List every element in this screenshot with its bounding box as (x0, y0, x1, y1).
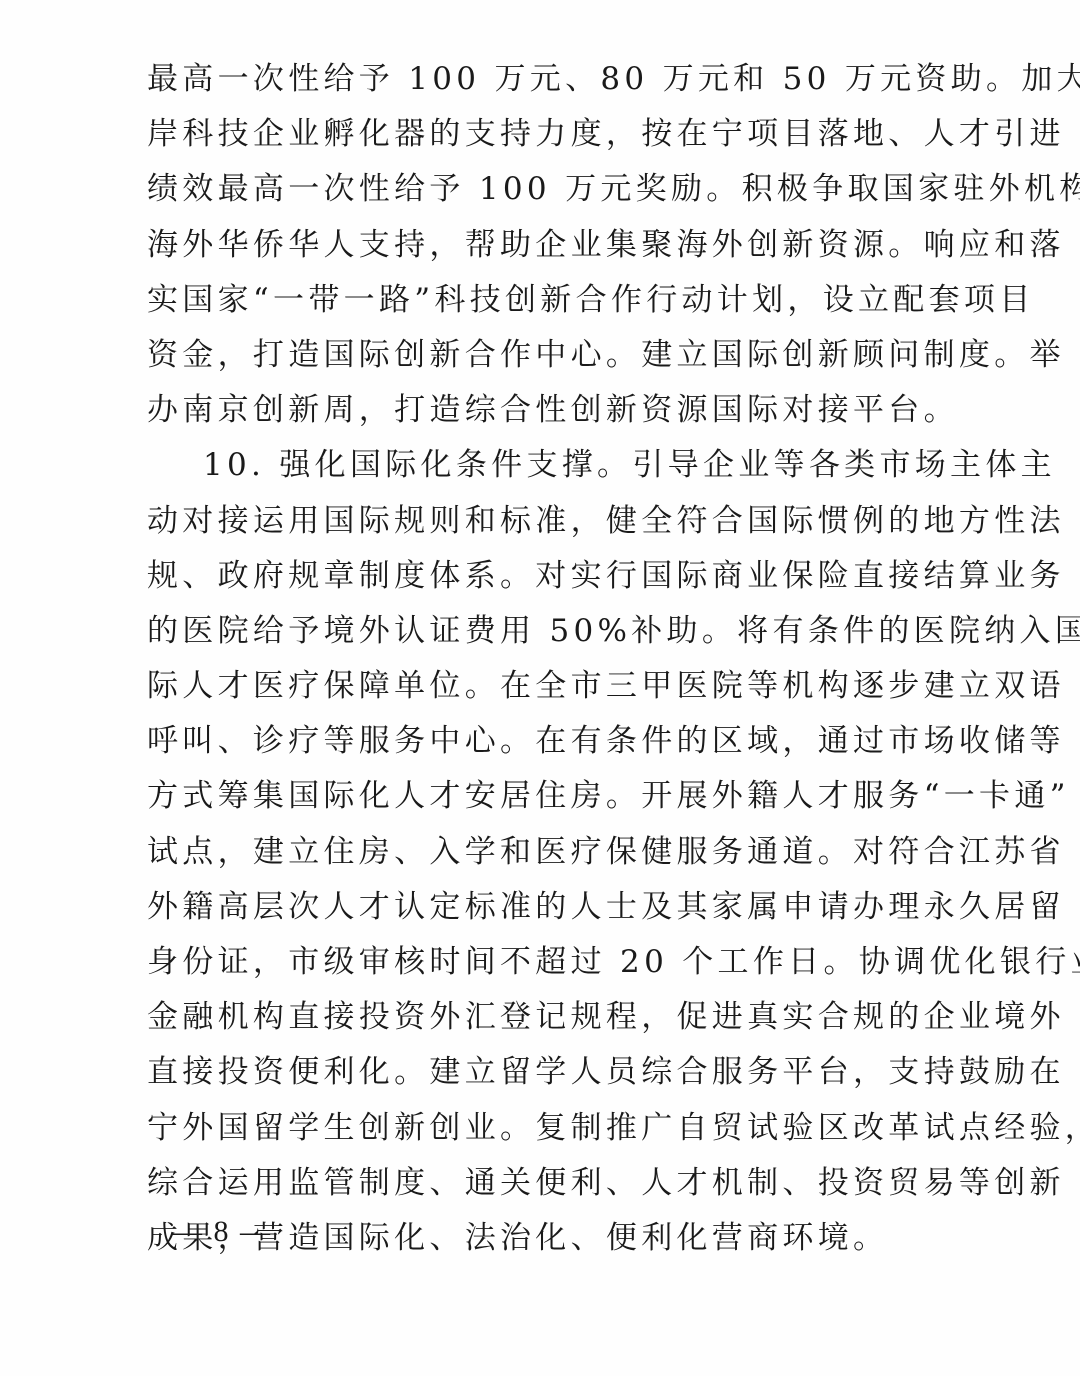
text-line: 直接投资便利化。建立留学人员综合服务平台，支持鼓励在 (147, 1045, 943, 1100)
text-line: 海外华侨华人支持，帮助企业集聚海外创新资源。响应和落 (147, 218, 943, 273)
text-line: 金融机构直接投资外汇登记规程，促进真实合规的企业境外 (147, 990, 943, 1045)
paragraph-continuation: 最高一次性给予 100 万元、80 万元和 50 万元资助。加大离 岸科技企业孵… (147, 52, 947, 438)
text-line: 宁外国留学生创新创业。复制推广自贸试验区改革试点经验， (147, 1101, 943, 1156)
text-line: 外籍高层次人才认定标准的人士及其家属申请办理永久居留 (147, 880, 943, 935)
text-line: 际人才医疗保障单位。在全市三甲医院等机构逐步建立双语 (147, 659, 943, 714)
paragraph-heading-line: 10. 强化国际化条件支撑。引导企业等各类市场主体主 (147, 438, 943, 493)
document-body: 最高一次性给予 100 万元、80 万元和 50 万元资助。加大离 岸科技企业孵… (147, 52, 947, 1266)
text-line: 实国家“一带一路”科技创新合作行动计划，设立配套项目 (147, 273, 943, 328)
text-line: 绩效最高一次性给予 100 万元奖励。积极争取国家驻外机构、 (147, 162, 943, 217)
text-line: 的医院给予境外认证费用 50%补助。将有条件的医院纳入国 (147, 604, 943, 659)
page-number: — 8 — (172, 1215, 272, 1249)
text-line: 岸科技企业孵化器的支持力度，按在宁项目落地、人才引进 (147, 107, 943, 162)
text-line: 试点，建立住房、入学和医疗保健服务通道。对符合江苏省 (147, 825, 943, 880)
text-line: 资金，打造国际创新合作中心。建立国际创新顾问制度。举 (147, 328, 943, 383)
text-line: 最高一次性给予 100 万元、80 万元和 50 万元资助。加大离 (147, 52, 943, 107)
text-line: 方式筹集国际化人才安居住房。开展外籍人才服务“一卡通” (147, 769, 943, 824)
text-line: 办南京创新周，打造综合性创新资源国际对接平台。 (147, 383, 943, 438)
text-line: 动对接运用国际规则和标准，健全符合国际惯例的地方性法 (147, 494, 943, 549)
text-line: 身份证，市级审核时间不超过 20 个工作日。协调优化银行业 (147, 935, 943, 990)
paragraph-10: 10. 强化国际化条件支撑。引导企业等各类市场主体主 动对接运用国际规则和标准，… (147, 438, 947, 1266)
text-line: 呼叫、诊疗等服务中心。在有条件的区域，通过市场收储等 (147, 714, 943, 769)
text-line: 规、政府规章制度体系。对实行国际商业保险直接结算业务 (147, 549, 943, 604)
text-line: 综合运用监管制度、通关便利、人才机制、投资贸易等创新 (147, 1156, 943, 1211)
document-page: 最高一次性给予 100 万元、80 万元和 50 万元资助。加大离 岸科技企业孵… (0, 0, 1080, 1376)
